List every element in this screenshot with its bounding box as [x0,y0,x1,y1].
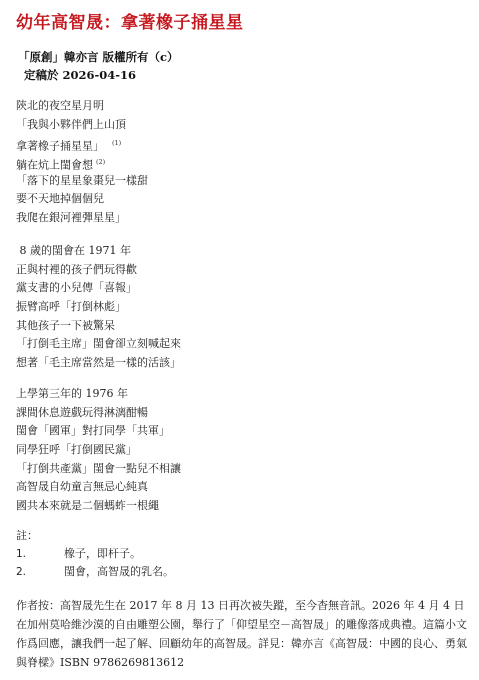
poem-line: 同學狂呼「打倒國民黨」 [16,441,181,460]
line-text: 「我與小夥伴們上山頂 [16,118,126,131]
notes-heading: 註： [16,527,174,545]
poem-line: 要不天地掉個個兒 [16,190,148,209]
line-text: 黨支書的小兒傳「喜報」 [16,281,137,294]
line-text: 「打倒毛主席」閨會卻立刻喊起來 [16,337,181,350]
poem-line: 上學第三年的 1976 年 [16,385,181,404]
poem-line: 「打倒共產黨」閨會一點兒不相讓 [16,460,181,479]
byline: 「原創」韓亦言 版權所有（c） [18,49,179,65]
line-text: 國共本來就是二個螞蚱一根繩 [16,499,159,512]
line-text: 「落下的星星象棗兒一樣甜 [16,174,148,187]
poem-line: 想著「毛主席當然是一樣的活該」 [16,354,181,373]
poem-line: 正與村裡的孩子們玩得歡 [16,261,181,280]
footnote-ref: (1) [112,139,121,147]
note-text: 閨會，高智晟的乳名。 [64,563,174,581]
note-number: 1. [16,545,64,563]
footnote-ref: (2) [96,158,105,166]
document-title: 幼年高智晟：拿著橡子捅星星 [16,8,244,33]
line-text: 其他孩子一下被驚呆 [16,319,115,332]
poem-line: 國共本來就是二個螞蚱一根繩 [16,497,181,516]
line-text: 躺在炕上閨會想 [16,159,93,172]
line-text: 正與村裡的孩子們玩得歡 [16,263,137,276]
note-item: 2. 閨會，高智晟的乳名。 [16,563,174,581]
line-text: 要不天地掉個個兒 [16,192,104,205]
note-text: 橡子，即杆子。 [64,545,141,563]
line-text: 8 歲的閨會在 1971 年 [16,244,131,257]
poem-line: 「我與小夥伴們上山頂 [16,116,148,135]
poem-line: 我爬在銀河裡彈星星」 [16,209,148,228]
line-text: 閨會「國軍」對打同學「共軍」 [16,424,170,437]
stanza-3: 上學第三年的 1976 年 課間休息遊戲玩得淋漓酣暢 閨會「國軍」對打同學「共軍… [16,385,181,516]
poem-line: 課間休息遊戲玩得淋漓酣暢 [16,404,181,423]
line-text: 高智晟自幼童言無忌心純真 [16,480,148,493]
note-number: 2. [16,563,64,581]
line-text: 我爬在銀河裡彈星星」 [16,211,126,224]
note-item: 1. 橡子，即杆子。 [16,545,174,563]
stanza-1: 陝北的夜空星月明 「我與小夥伴們上山頂 拿著橡子捅星星」(1) 躺在炕上閨會想(… [16,97,148,228]
line-text: 振臂高呼「打倒林彪」 [16,300,126,313]
line-text: 同學狂呼「打倒國民黨」 [16,443,137,456]
notes-section: 註： 1. 橡子，即杆子。 2. 閨會，高智晟的乳名。 [16,527,174,581]
poem-line: 拿著橡子捅星星」(1) [16,134,148,153]
line-text: 陝北的夜空星月明 [16,99,104,112]
finalized-date: 定稿於 2026-04-16 [24,67,136,83]
poem-line: 8 歲的閨會在 1971 年 [16,242,181,261]
poem-line: 黨支書的小兒傳「喜報」 [16,279,181,298]
line-text: 上學第三年的 1976 年 [16,387,128,400]
stanza-2: 8 歲的閨會在 1971 年 正與村裡的孩子們玩得歡 黨支書的小兒傳「喜報」 振… [16,242,181,373]
poem-line: 其他孩子一下被驚呆 [16,317,181,336]
poem-line: 躺在炕上閨會想(2) [16,153,148,172]
author-note: 作者按：高智晟先生在 2017 年 8 月 13 日再次被失蹤，至今杳無音訊。2… [16,596,471,672]
line-text: 「打倒共產黨」閨會一點兒不相讓 [16,462,181,475]
poem-line: 高智晟自幼童言無忌心純真 [16,478,181,497]
line-text: 想著「毛主席當然是一樣的活該」 [16,356,181,369]
poem-line: 「打倒毛主席」閨會卻立刻喊起來 [16,335,181,354]
poem-line: 「落下的星星象棗兒一樣甜 [16,172,148,191]
poem-line: 閨會「國軍」對打同學「共軍」 [16,422,181,441]
line-text: 拿著橡子捅星星」 [16,140,104,153]
poem-line: 陝北的夜空星月明 [16,97,148,116]
poem-line: 振臂高呼「打倒林彪」 [16,298,181,317]
line-text: 課間休息遊戲玩得淋漓酣暢 [16,406,148,419]
